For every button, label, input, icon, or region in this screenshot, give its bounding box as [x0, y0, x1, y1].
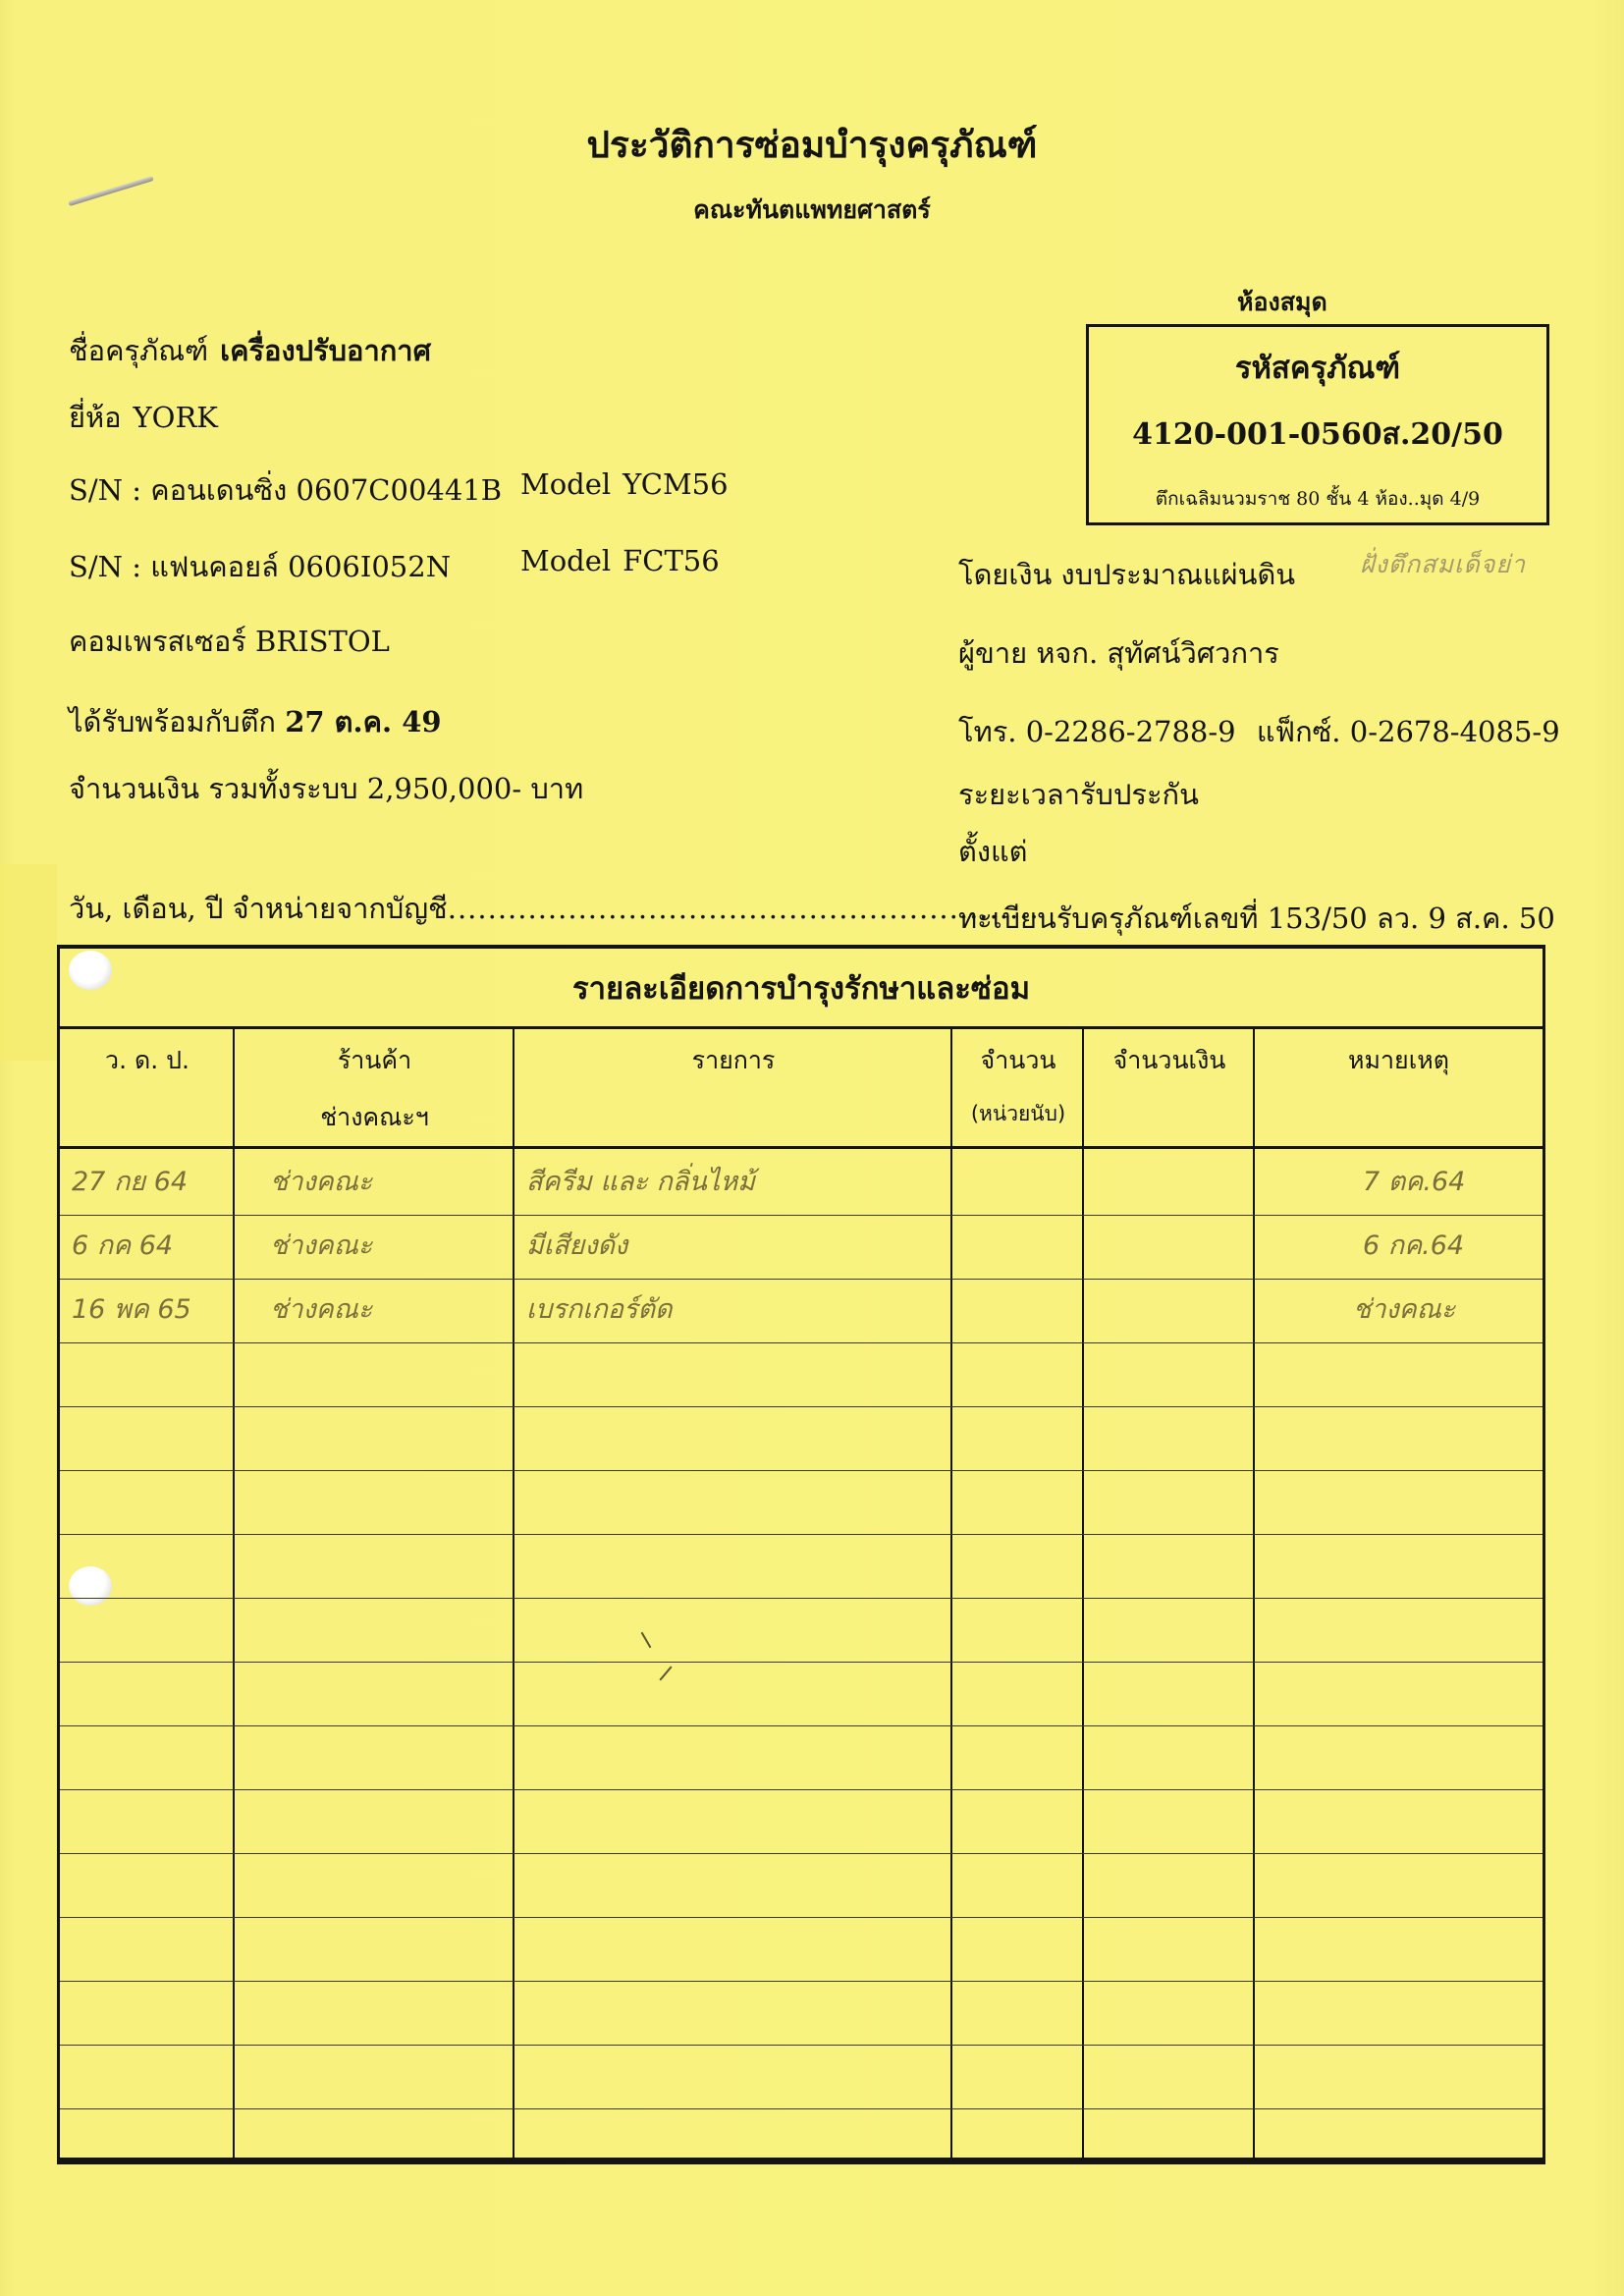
header-date: ว. ด. ป. — [60, 1029, 235, 1146]
cell-quantity — [952, 1280, 1082, 1342]
sn-condensing-value: 0607C00441B — [297, 473, 503, 507]
seller-value: หจก. สุทัศน์วิศวการ — [1036, 636, 1279, 670]
registry-label: ทะเบียนรับครุภัณฑ์เลขที่ — [958, 902, 1259, 935]
model-fancoil-value: FCT56 — [623, 544, 720, 577]
disposal-label: วัน, เดือน, ปี จำหน่ายจากบัญชี — [69, 892, 448, 925]
amount-field: จำนวนเงิน รวมทั้งระบบ 2,950,000- บาท — [69, 766, 583, 811]
cell-vendor: ช่างคณะ — [235, 1216, 513, 1279]
table-row — [60, 1407, 1543, 1471]
received-field: ได้รับพร้อมกับตึก 27 ต.ค. 49 — [69, 699, 442, 744]
header-remarks: หมายเหตุ — [1255, 1029, 1543, 1146]
received-label: ได้รับพร้อมกับตึก — [69, 705, 276, 738]
cell-item: มีเสียงดัง — [514, 1216, 950, 1279]
warranty-field: ระยะเวลารับประกัน — [958, 772, 1199, 817]
table-row — [60, 1663, 1543, 1726]
header-item: รายการ — [514, 1029, 952, 1146]
model-fancoil-field: ModelFCT56 — [520, 544, 720, 577]
brand-value: YORK — [134, 401, 218, 434]
brand-field: ยี่ห้อYORK — [69, 395, 218, 440]
sn-condensing-label: S/N : คอนเดนซิ่ง — [69, 473, 287, 507]
table-title: รายละเอียดการบำรุงรักษาและซ่อม — [60, 949, 1543, 1029]
room-label: ห้องสมุด — [1237, 283, 1327, 322]
cell-item: เบรกเกอร์ตัด — [514, 1280, 950, 1342]
cell-date: 27 กย 64 — [60, 1152, 233, 1215]
table-header-row: ว. ด. ป. ร้านค้า ช่างคณะฯ รายการ จำนวน (… — [60, 1029, 1543, 1149]
form-title: ประวัติการซ่อมบำรุงครุภัณฑ์ — [0, 116, 1624, 174]
sn-condensing-field: S/N : คอนเดนซิ่ง 0607C00441B — [69, 467, 502, 513]
compressor-field: คอมเพรสเซอร์ BRISTOL — [69, 619, 390, 664]
table-row — [60, 2046, 1543, 2109]
sn-fancoil-value: 0606I052N — [288, 550, 451, 583]
model-condensing-value: YCM56 — [623, 467, 728, 501]
funding-field: โดยเงิน งบประมาณแผ่นดิน — [958, 552, 1295, 597]
cell-date: 6 กค 64 — [60, 1216, 233, 1279]
disposal-field: วัน, เดือน, ปี จำหน่ายจากบัญชี..........… — [69, 886, 1040, 931]
warranty-label: ระยะเวลารับประกัน — [958, 778, 1199, 811]
header-vendor: ร้านค้า ช่างคณะฯ — [235, 1029, 514, 1146]
table-row — [60, 1918, 1543, 1982]
table-row — [60, 2109, 1543, 2173]
cell-item: สีครีม และ กลิ่นไหม้ — [514, 1152, 950, 1215]
asset-code-value: 4120-001-0560ส.20/50 — [1089, 411, 1546, 458]
warranty-since-label: ตั้งแต่ — [958, 835, 1028, 868]
cell-amount — [1084, 1216, 1253, 1279]
cell-vendor: ช่างคณะ — [235, 1280, 513, 1342]
asset-code-title: รหัสครุภัณฑ์ — [1089, 343, 1546, 392]
warranty-since-field: ตั้งแต่ — [958, 829, 1028, 874]
table-body: 27 กย 64 ช่างคณะ สีครีม และ กลิ่นไหม้ 7 … — [60, 1152, 1543, 2158]
header-quantity: จำนวน (หน่วยนับ) — [952, 1029, 1084, 1146]
cell-date: 16 พค 65 — [60, 1280, 233, 1342]
received-value: 27 ต.ค. 49 — [285, 705, 441, 738]
table-row: 6 กค 64 ช่างคณะ มีเสียงดัง 6 กค.64 — [60, 1216, 1543, 1280]
seller-field: ผู้ขาย หจก. สุทัศน์วิศวการ — [958, 630, 1279, 676]
cell-remarks: 6 กค.64 — [1255, 1216, 1543, 1279]
table-row: 27 กย 64 ช่างคณะ สีครีม และ กลิ่นไหม้ 7 … — [60, 1152, 1543, 1216]
compressor-label: คอมเพรสเซอร์ — [69, 625, 246, 658]
amount-value: รวมทั้งระบบ 2,950,000- บาท — [208, 772, 583, 805]
seller-label: ผู้ขาย — [958, 636, 1027, 670]
contact-field: โทร. 0-2286-2788-9 แฟ็กซ์. 0-2678-4085-9 — [958, 709, 1560, 754]
brand-label: ยี่ห้อ — [69, 401, 122, 434]
funding-value: งบประมาณแผ่นดิน — [1061, 558, 1296, 591]
table-row: 16 พค 65 ช่างคณะ เบรกเกอร์ตัด ช่างคณะ — [60, 1280, 1543, 1343]
model-fancoil-label: Model — [520, 544, 611, 577]
cell-remarks: 7 ตค.64 — [1255, 1152, 1543, 1215]
funding-label: โดยเงิน — [958, 558, 1052, 591]
cell-vendor: ช่างคณะ — [235, 1152, 513, 1215]
registry-field: ทะเบียนรับครุภัณฑ์เลขที่ 153/50 ลว. 9 ส.… — [958, 896, 1555, 941]
table-row — [60, 1982, 1543, 2046]
side-tab-strip — [0, 864, 57, 1061]
asset-location: ตึกเฉลิมนวมราช 80 ชั้น 4 ห้อง..มุด 4/9 — [1089, 484, 1546, 514]
sn-fancoil-label: S/N : แฟนคอยล์ — [69, 550, 279, 583]
asset-name-field: ชื่อครุภัณฑ์เครื่องปรับอากาศ — [69, 328, 431, 373]
faculty-subtitle: คณะทันตแพทยศาสตร์ — [0, 191, 1624, 230]
table-row — [60, 1726, 1543, 1790]
disposal-blank: ........................................… — [448, 892, 1040, 925]
phone-value: 0-2286-2788-9 — [1026, 715, 1236, 748]
asset-name-value: เครื่องปรับอากาศ — [220, 334, 431, 367]
model-condensing-field: ModelYCM56 — [520, 467, 729, 501]
table-row — [60, 1854, 1543, 1918]
compressor-value: BRISTOL — [255, 625, 390, 658]
amount-label: จำนวนเงิน — [69, 772, 199, 805]
cell-quantity — [952, 1152, 1082, 1215]
registry-value: 153/50 ลว. 9 ส.ค. 50 — [1268, 902, 1555, 935]
cell-amount — [1084, 1152, 1253, 1215]
table-row — [60, 1343, 1543, 1407]
fax-value: 0-2678-4085-9 — [1350, 715, 1560, 748]
model-condensing-label: Model — [520, 467, 611, 501]
fax-label: แฟ็กซ์. — [1257, 715, 1341, 748]
table-row — [60, 1535, 1543, 1599]
asset-name-label: ชื่อครุภัณฑ์ — [69, 334, 208, 367]
cell-remarks: ช่างคณะ — [1255, 1280, 1543, 1342]
cell-amount — [1084, 1280, 1253, 1342]
funding-handwritten-note: ฝั่งตึกสมเด็จย่า — [1360, 545, 1526, 584]
table-row — [60, 1790, 1543, 1854]
table-row — [60, 1471, 1543, 1535]
cell-quantity — [952, 1216, 1082, 1279]
maintenance-table: รายละเอียดการบำรุงรักษาและซ่อม ว. ด. ป. … — [57, 945, 1545, 2164]
header-amount: จำนวนเงิน — [1084, 1029, 1255, 1146]
asset-code-box: รหัสครุภัณฑ์ 4120-001-0560ส.20/50 ตึกเฉล… — [1086, 324, 1549, 525]
table-row — [60, 1599, 1543, 1663]
phone-label: โทร. — [958, 715, 1017, 748]
sn-fancoil-field: S/N : แฟนคอยล์ 0606I052N — [69, 544, 451, 589]
paper-form: ประวัติการซ่อมบำรุงครุภัณฑ์ คณะทันตแพทยศ… — [0, 0, 1624, 2296]
